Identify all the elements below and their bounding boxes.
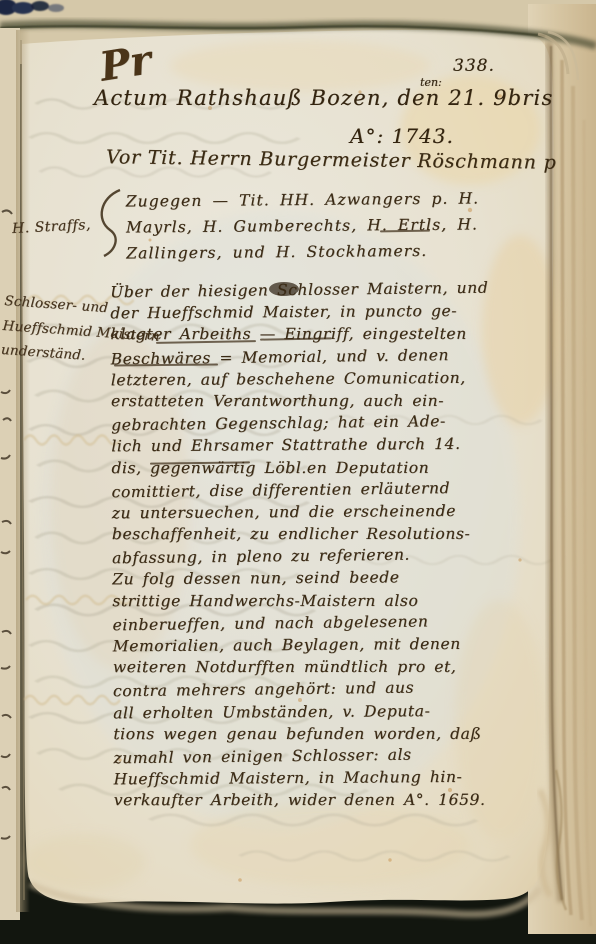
manuscript-line: der Hueffschmid Maister, in puncto ge-	[110, 302, 488, 327]
manuscript-line: strittige Handwerchs-Maistern also	[112, 591, 490, 614]
manuscript-line: verkaufter Arbeith, wider denen A°. 1659…	[114, 791, 492, 814]
heading-line-1: Actum Rathshauß Bozen, den 21. 9bris	[94, 86, 553, 110]
manuscript-line: comittiert, dise differentien erläuternd	[111, 478, 489, 505]
manuscript-line: Memorialien, auch Beylagen, mit denen	[113, 635, 491, 660]
manuscript-line: zu untersuechen, und die erscheinende	[112, 502, 490, 527]
manuscript-line: all erholten Umbständen, v. Deputa-	[113, 701, 491, 726]
manuscript-line: lich und Ehrsamer Stattrathe durch 14.	[111, 435, 489, 460]
manuscript-line: tions wegen genau befunden worden, daß	[113, 725, 491, 748]
manuscript-line: Beschwäres = Memorial, und v. denen	[111, 345, 489, 372]
manuscript-page-scan: .	[0, 0, 596, 944]
attendance-line: Zugegen — Tit. HH. Azwangers p. H.	[126, 189, 480, 218]
manuscript-line: zumahl von einigen Schlosser: als	[113, 745, 491, 772]
manuscript-line: letzteren, auf beschehene Comunication,	[111, 368, 489, 393]
heading-line-2: A°: 1743.	[350, 124, 454, 148]
opening-flourish: Pr	[97, 36, 155, 90]
manuscript-line: klagter Arbeiths — Eingriff, eingestelte…	[111, 325, 489, 348]
manuscript-line: erstatteten Verantworthung, auch ein-	[111, 392, 489, 415]
manuscript-line: weiteren Notdurfften mündtlich pro et,	[113, 658, 491, 681]
manuscript-line: beschaffenheit, zu endlicher Resolutions…	[112, 525, 490, 548]
manuscript-line: Zu folg dessen nun, seind beede	[112, 568, 490, 593]
manuscript-line: Über der hiesigen Schlosser Maistern, un…	[110, 279, 488, 306]
heading-date-superscript: ten:	[420, 76, 442, 89]
manuscript-line: Hueffschmid Maistern, in Machung hin-	[114, 768, 492, 793]
folio-number: 338.	[453, 56, 495, 76]
attendance-line: Zallingers, und H. Stockhamers.	[126, 241, 480, 270]
manuscript-line: einberueffen, und nach abgelesenen	[112, 612, 490, 639]
entry-body: Über der hiesigen Schlosser Maistern, un…	[110, 280, 492, 815]
